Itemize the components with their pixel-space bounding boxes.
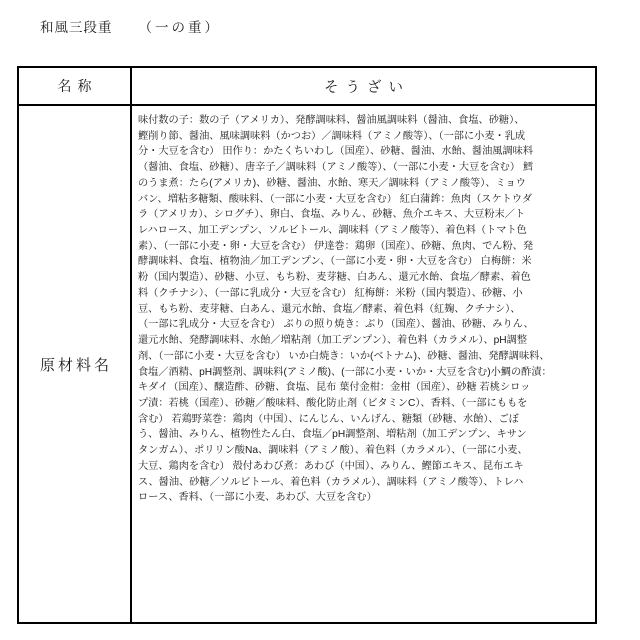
tier-label: （一の重） — [139, 16, 222, 36]
product-title: 和風三段重 — [40, 16, 113, 36]
name-value-cell: そうざい — [131, 67, 596, 105]
ingredients-row: 原材料名 味付数の子：数の子（アメリカ）、発酵調味料、醤油風調味料（醤油、食塩、… — [18, 105, 596, 623]
food-label-page: 和風三段重 （一の重） 名称 そうざい 原材料名 味付数の子：数の子（アメリカ）… — [0, 0, 640, 640]
label-table: 名称 そうざい 原材料名 味付数の子：数の子（アメリカ）、発酵調味料、醤油風調味… — [17, 66, 597, 624]
page-title: 和風三段重 （一の重） — [40, 16, 221, 36]
ingredients-header-cell: 原材料名 — [18, 105, 131, 623]
ingredients-value-cell: 味付数の子：数の子（アメリカ）、発酵調味料、醤油風調味料（醤油、食塩、砂糖）、 … — [131, 105, 596, 623]
name-header-cell: 名称 — [18, 67, 131, 105]
name-row: 名称 そうざい — [18, 67, 596, 105]
